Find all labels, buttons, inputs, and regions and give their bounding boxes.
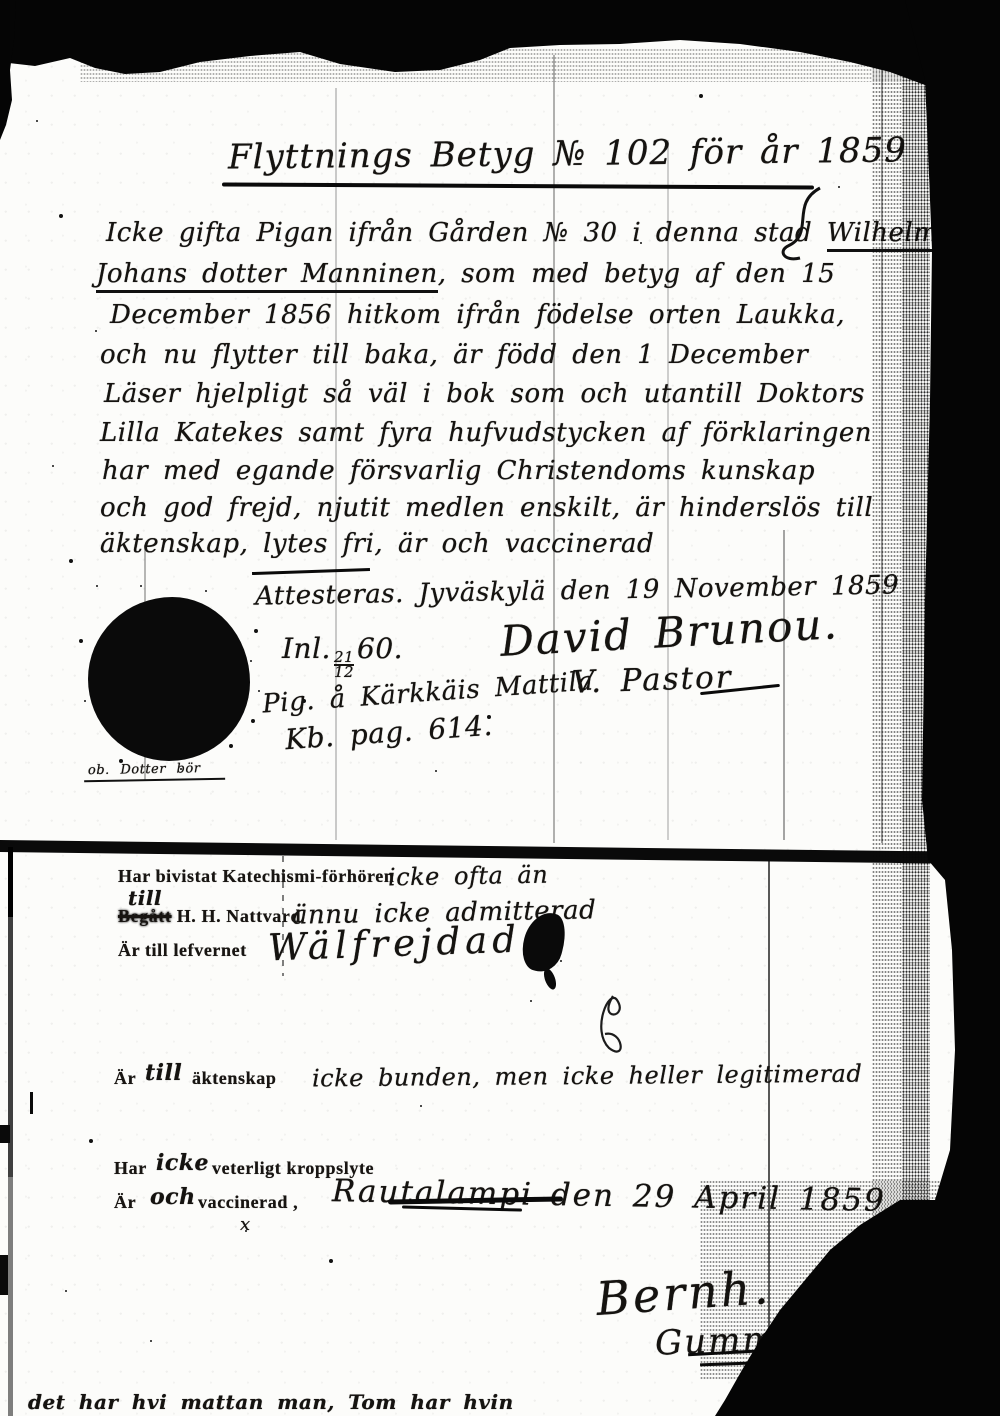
- form-entry-marriage: icke bunden, men icke heller legitimerad: [312, 1060, 862, 1093]
- book-page-reference: Kb. pag. 614.: [284, 709, 494, 756]
- body-line: och nu flytter till baka, är född den 1 …: [100, 340, 808, 370]
- bottom-cut-fragment: det har hvi mattan man, Tom har hvin: [28, 1390, 514, 1414]
- left-edge-mark: [30, 1092, 33, 1114]
- body-line: Icke gifta Pigan ifrån Gården № 30 i den…: [106, 218, 980, 248]
- body-line-text: Lilla Katekes samt fyra hufvudstycken af…: [100, 418, 872, 448]
- title-underline: [222, 182, 814, 189]
- pastor-signature: David Brunou.: [499, 599, 840, 666]
- stray-ink-loop-mark: [575, 990, 655, 1070]
- body-line: har med egande försvarlig Christendoms k…: [102, 456, 815, 486]
- form-label-communion-text: H. H. Nattvard: [177, 906, 301, 926]
- received-date-fraction: 2112: [334, 651, 354, 679]
- ink-blot-spatter: [250, 660, 252, 662]
- paper-specks: [435, 770, 437, 772]
- scanned-document-page: Flyttnings Betyg № 102 för år 1859 Icke …: [0, 0, 1000, 1416]
- form-label-communion: Begått H. H. Nattvard: [118, 906, 301, 927]
- form-inserted-defect: icke: [156, 1150, 209, 1176]
- body-line: December 1856 hitkom ifrån födelse orten…: [110, 300, 845, 330]
- body-line-text: December 1856 hitkom ifrån födelse orten…: [110, 300, 845, 330]
- vice-pastor-title: V. Pastor: [571, 659, 733, 701]
- form-label-vaccination-a: Är: [114, 1192, 136, 1213]
- form-label-marriage-b: äktenskap: [192, 1068, 276, 1089]
- form-entry-catechism: icke ofta än: [388, 861, 549, 892]
- form-label-catechism: Har bivistat Katechismi-förhören: [118, 866, 395, 887]
- received-note: Inl.211260.: [282, 632, 403, 679]
- body-line: Lilla Katekes samt fyra hufvudstycken af…: [100, 418, 872, 448]
- form-label-vaccination-b: vaccinerad ,: [198, 1192, 298, 1213]
- scan-border-left-top: [0, 0, 16, 140]
- attestation-overline: [252, 568, 370, 575]
- body-line-text: Icke gifta Pigan ifrån Gården № 30 i den…: [106, 218, 827, 248]
- form-stray-x-mark: x: [240, 1214, 251, 1235]
- body-line-text: , som med betyg af den 15: [438, 259, 835, 289]
- underlined-name: Johans dotter Manninen: [96, 259, 438, 293]
- certificate-title: Flyttnings Betyg № 102 för år 1859: [228, 130, 907, 177]
- ink-blot: [88, 597, 250, 761]
- body-line-text: och god frejd, njutit medlen enskilt, är…: [100, 493, 873, 523]
- form-inserted-vaccination: och: [150, 1184, 196, 1210]
- form-entry-conduct: Wälfrejdad: [267, 918, 521, 970]
- ink-smudge-tail: [542, 967, 559, 991]
- form-label-defect-a: Har: [114, 1158, 147, 1179]
- body-line-text: äktenskap, lytes fri, är och vaccinerad: [100, 529, 654, 559]
- left-edge-mark: [0, 1125, 10, 1143]
- received-label: Inl.: [282, 632, 331, 665]
- body-line-text: och nu flytter till baka, är född den 1 …: [100, 340, 808, 370]
- body-line: Läser hjelpligt så väl i bok som och uta…: [104, 379, 865, 409]
- form-label-marriage-a: Är: [114, 1068, 136, 1089]
- body-line: äktenskap, lytes fri, är och vaccinerad: [100, 529, 654, 559]
- body-line: Johans dotter Manninen, som med betyg af…: [96, 259, 835, 289]
- received-year: 60.: [357, 632, 403, 665]
- left-edge-mark: [0, 1255, 8, 1295]
- body-line-text: Läser hjelpligt så väl i bok som och uta…: [104, 379, 865, 409]
- form-label-conduct: Är till lefvernet: [118, 940, 247, 961]
- body-line: och god frejd, njutit medlen enskilt, är…: [100, 493, 873, 523]
- form-inserted-marriage: till: [145, 1060, 182, 1086]
- fraction-denominator: 12: [334, 664, 354, 679]
- struck-word-begatt: Begått: [118, 906, 172, 926]
- margin-note: ob. Dotter bör: [84, 761, 225, 782]
- body-line-text: har med egande försvarlig Christendoms k…: [102, 456, 815, 486]
